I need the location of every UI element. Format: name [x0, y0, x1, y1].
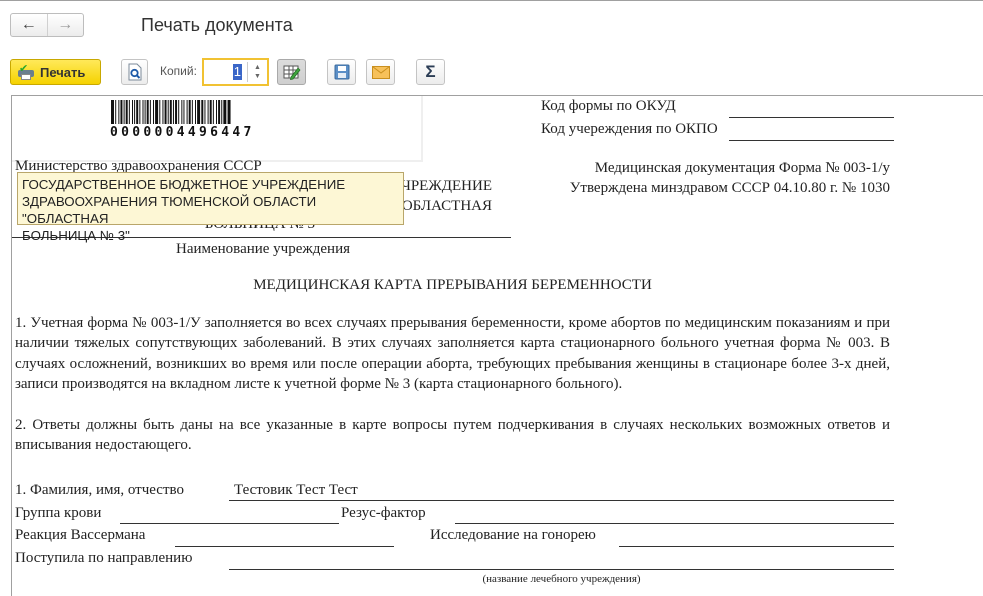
barcode-image: [111, 100, 301, 124]
save-button[interactable]: [327, 59, 356, 85]
instruction-paragraph-1: 1. Учетная форма № 003-1/У заполняется в…: [15, 313, 890, 394]
edit-table-button[interactable]: [277, 59, 306, 85]
printer-icon: ✔: [18, 64, 34, 80]
back-button[interactable]: ←: [11, 14, 47, 36]
okud-label: Код формы по ОКУД: [541, 98, 676, 115]
fio-line: [229, 500, 894, 501]
tooltip-line2: ЗДРАВООХРАНЕНИЯ ТЮМЕНСКОЙ ОБЛАСТИ "ОБЛАС…: [22, 193, 399, 227]
fio-value: Тестовик Тест Тест: [234, 482, 358, 499]
copies-label: Копий:: [160, 64, 197, 78]
wasserman-label: Реакция Вассермана: [15, 527, 145, 544]
document-left-border: [11, 95, 12, 596]
sum-button[interactable]: Σ: [416, 59, 445, 85]
envelope-icon: [372, 66, 390, 79]
window-title: Печать документа: [141, 15, 293, 36]
copies-stepper[interactable]: ▲ ▼: [247, 62, 267, 82]
med-doc-form: Медицинская документация Форма № 003-1/у: [520, 160, 890, 177]
rh-factor-label: Резус-фактор: [341, 505, 426, 522]
arrow-left-icon: ←: [21, 16, 37, 34]
table-pencil-icon: [283, 64, 301, 80]
blood-group-label: Группа крови: [15, 505, 101, 522]
send-email-button[interactable]: [366, 59, 395, 85]
referral-line: [229, 569, 894, 570]
print-button[interactable]: ✔ Печать: [10, 59, 101, 85]
blood-group-line: [120, 523, 339, 524]
arrow-right-icon: →: [57, 16, 73, 34]
tooltip-line1: ГОСУДАРСТВЕННОЕ БЮДЖЕТНОЕ УЧРЕЖДЕНИЕ: [22, 176, 399, 193]
fio-label: 1. Фамилия, имя, отчество: [15, 482, 184, 499]
approval-line: Утверждена минздравом СССР 04.10.80 г. №…: [520, 180, 890, 197]
okud-line: [729, 117, 894, 118]
rh-factor-line: [455, 523, 894, 524]
gonorrhea-line: [619, 546, 894, 547]
document-heading: МЕДИЦИНСКАЯ КАРТА ПРЕРЫВАНИЯ БЕРЕМЕННОСТ…: [15, 277, 890, 294]
copies-input[interactable]: 1 ▲ ▼: [202, 58, 269, 86]
okpo-line: [729, 140, 894, 141]
stepper-down-icon[interactable]: ▼: [254, 72, 261, 81]
window-top-border: [0, 0, 983, 1]
forward-button[interactable]: →: [47, 14, 84, 36]
print-button-label: Печать: [40, 65, 85, 80]
wasserman-line: [175, 546, 394, 547]
copies-value: 1: [233, 64, 242, 80]
instruction-paragraph-2: 2. Ответы должны быть даны на все указан…: [15, 415, 890, 456]
document-magnifier-icon: [127, 63, 143, 81]
stepper-up-icon[interactable]: ▲: [254, 63, 261, 72]
okpo-label: Код учереждения по ОКПО: [541, 121, 718, 138]
preview-button[interactable]: [121, 59, 148, 85]
tooltip-line3: БОЛЬНИЦА № 3": [22, 227, 399, 244]
referral-label: Поступила по направлению: [15, 550, 192, 567]
gonorrhea-label: Исследование на гонорею: [430, 527, 596, 544]
floppy-disk-icon: [334, 64, 350, 80]
nav-buttons: ← →: [10, 13, 84, 37]
barcode-number: 0000004496447: [110, 125, 255, 140]
sigma-icon: Σ: [425, 62, 435, 82]
referral-note: (название лечебного учреждения): [459, 573, 664, 585]
institution-tooltip: ГОСУДАРСТВЕННОЕ БЮДЖЕТНОЕ УЧРЕЖДЕНИЕ ЗДР…: [17, 172, 404, 225]
